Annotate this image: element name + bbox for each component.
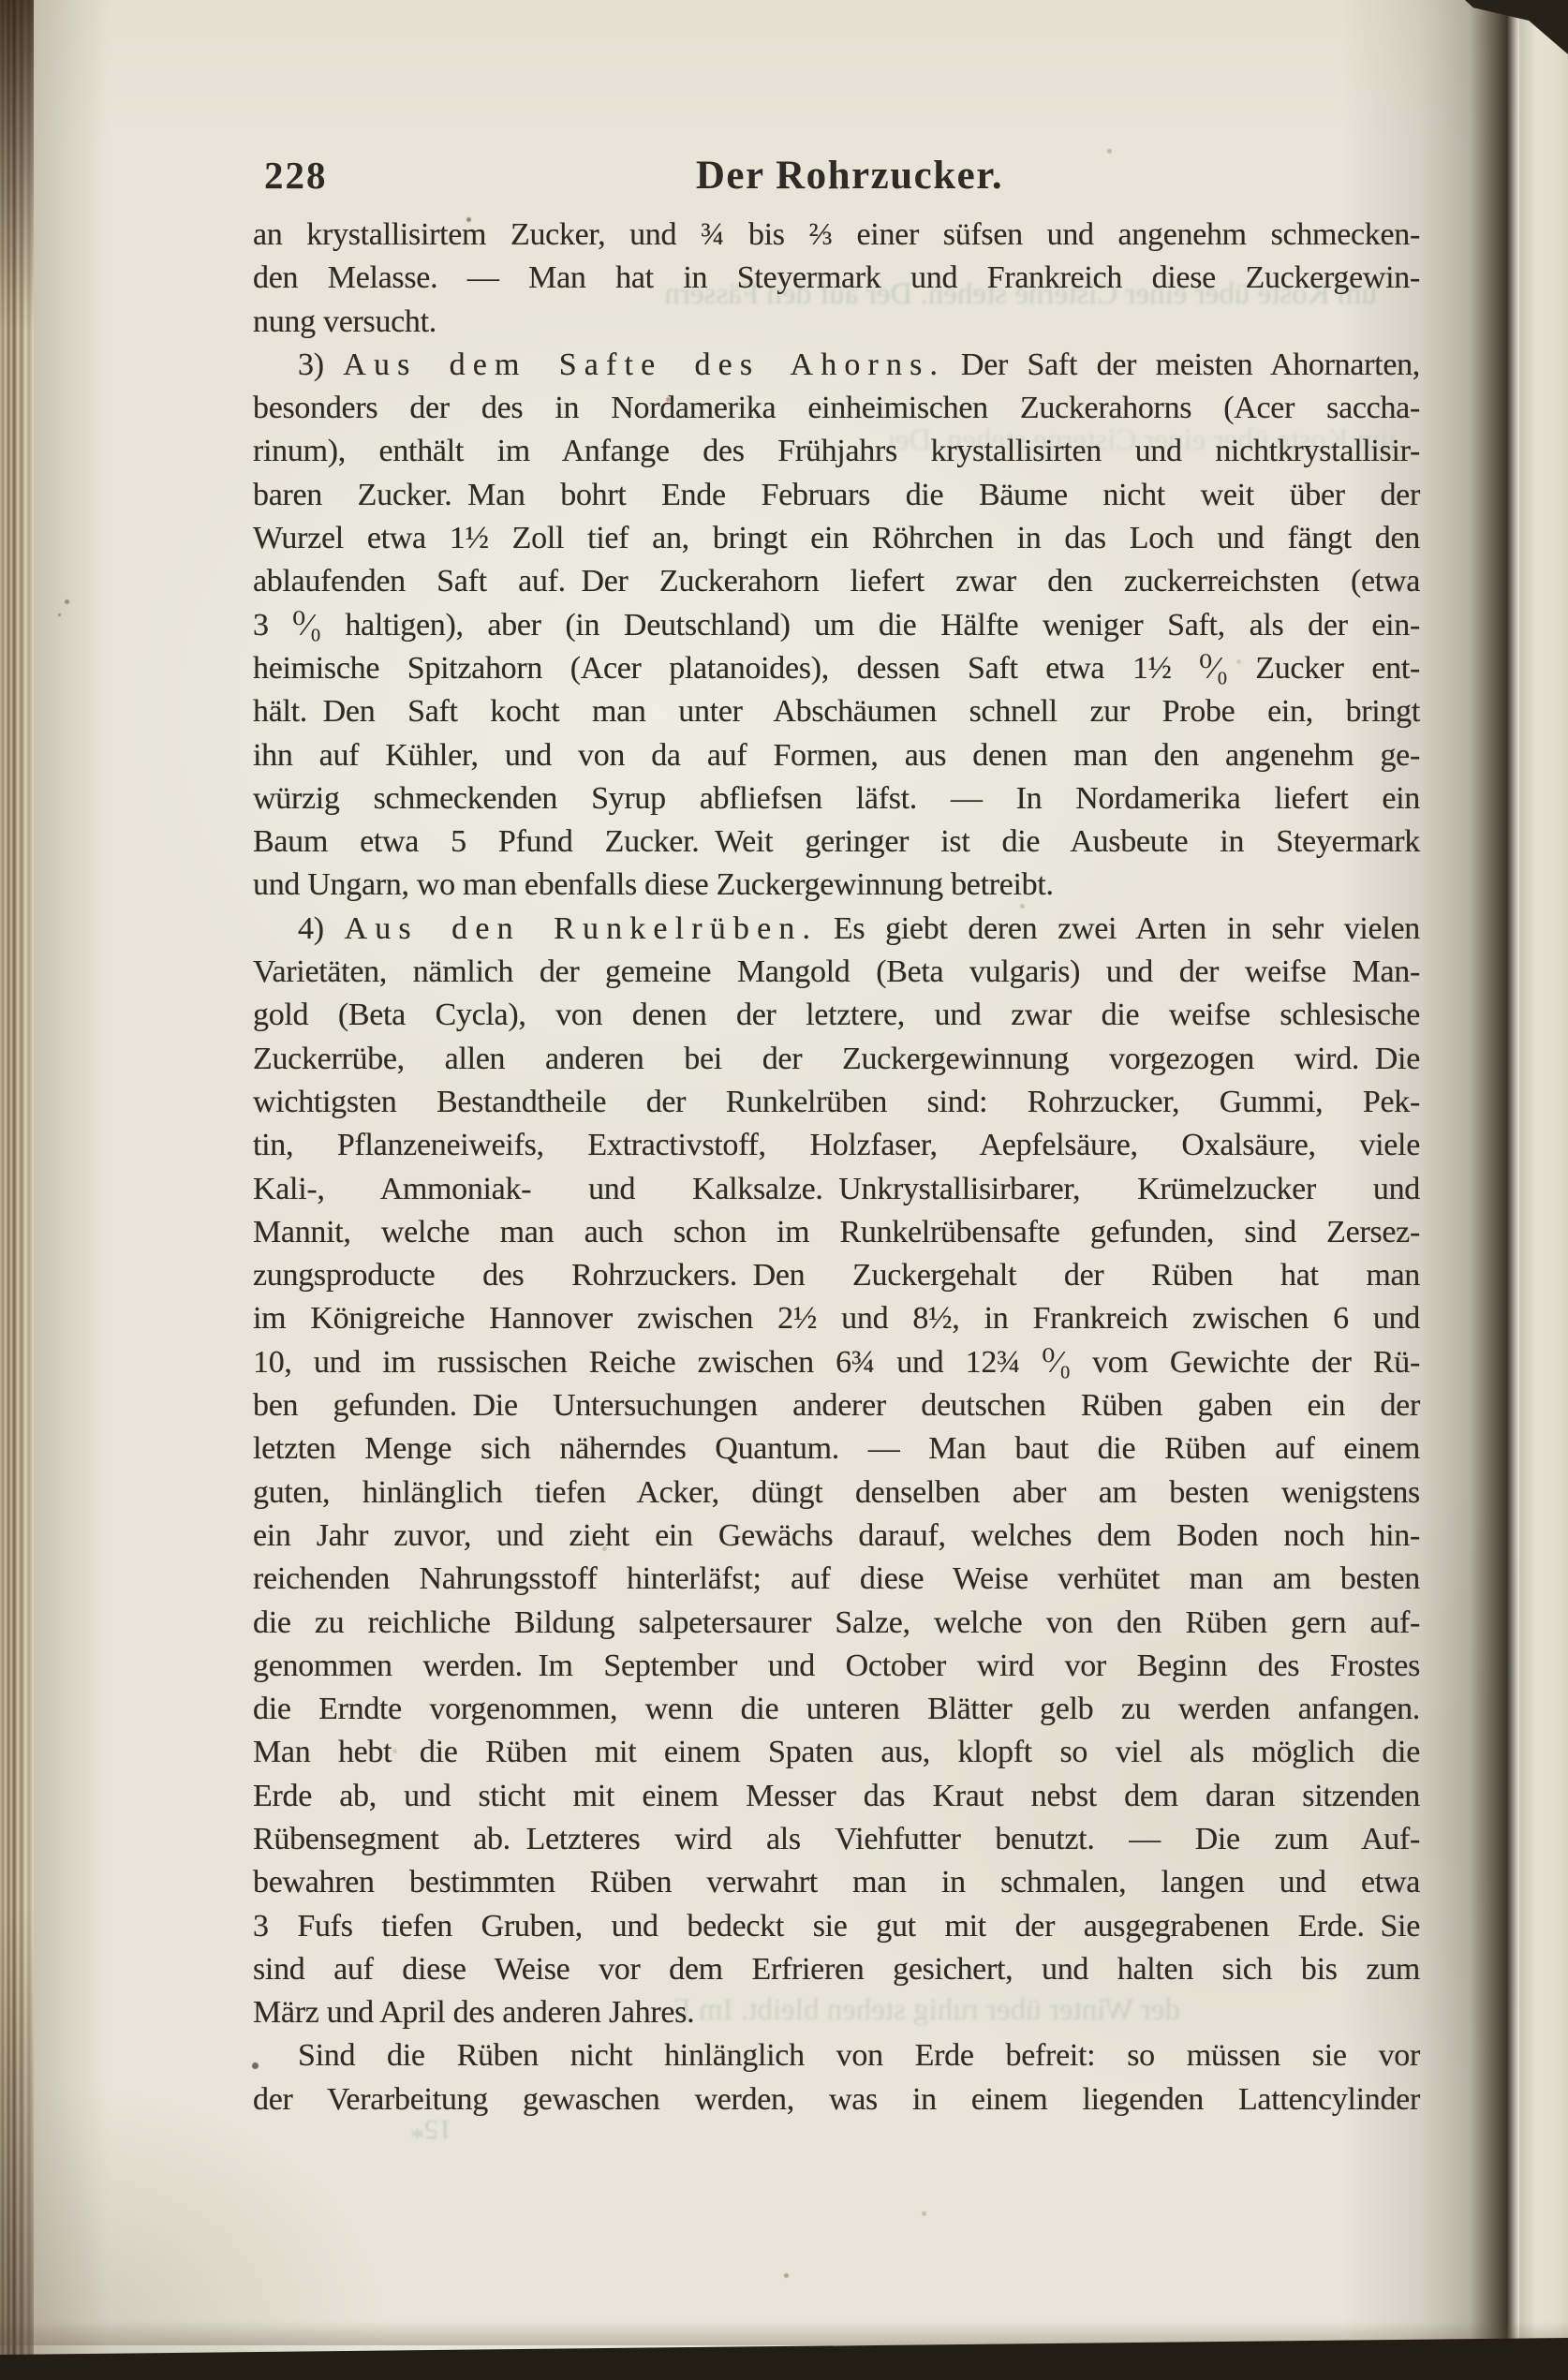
line-text: würzig schmeckenden Syrup abfliefsen läf… xyxy=(253,781,1420,816)
line-text: die Erndte vorgenommen, wenn die unteren… xyxy=(253,1692,1420,1726)
line-text: Sind die Rüben nicht hinlänglich von Erd… xyxy=(298,2038,1420,2073)
line-text: Mannit, welche man auch schon im Runkelr… xyxy=(253,1215,1420,1249)
line-text: hält. Den Saft kocht man unter Abschäume… xyxy=(253,694,1420,729)
running-title: Der Rohrzucker. xyxy=(266,153,1433,199)
text-line: an krystallisirtem Zucker, und ¾ bis ⅔ e… xyxy=(253,214,1420,257)
text-line: Sind die Rüben nicht hinlänglich von Erd… xyxy=(253,2034,1420,2077)
text-line: der Verarbeitung gewaschen werden, was i… xyxy=(253,2078,1420,2121)
text-line: Rübensegment ab. Letzteres wird als Vieh… xyxy=(253,1818,1420,1861)
line-text: den Melasse. — Man hat in Steyermark und… xyxy=(253,260,1420,295)
text-line: rinum), enthält im Anfange des Frühjahrs… xyxy=(253,430,1420,473)
text-line: 4) Aus den Runkelrüben. Es giebt deren z… xyxy=(253,908,1420,951)
line-text: März und April des anderen Jahres. xyxy=(253,1995,694,2030)
line-text: besonders der des in Nordamerika einheim… xyxy=(253,391,1420,425)
line-text: 3 ⁰⁄₀ haltigen), aber (in Deutschland) u… xyxy=(253,608,1420,643)
line-text: ein Jahr zuvor, und zieht ein Gewächs da… xyxy=(253,1518,1420,1553)
line-text: gold (Beta Cycla), von denen der letzter… xyxy=(253,998,1420,1032)
text-line: ben gefunden. Die Untersuchungen anderer… xyxy=(253,1384,1420,1427)
text-line: die Erndte vorgenommen, wenn die unteren… xyxy=(253,1688,1420,1731)
line-text: im Königreiche Hannover zwischen 2½ und … xyxy=(253,1301,1420,1336)
line-text: die zu reichliche Bildung salpetersaurer… xyxy=(253,1605,1420,1640)
line-text: und Ungarn, wo man ebenfalls diese Zucke… xyxy=(253,867,1054,902)
line-text: 3 Fufs tiefen Gruben, und bedeckt sie gu… xyxy=(253,1909,1420,1944)
text-line: den Melasse. — Man hat in Steyermark und… xyxy=(253,257,1420,300)
text-line: guten, hinlänglich tiefen Acker, düngt d… xyxy=(253,1471,1420,1515)
line-text: tin, Pflanzeneiweifs, Extractivstoff, Ho… xyxy=(253,1128,1420,1162)
adjacent-page-edge xyxy=(1519,0,1568,2341)
line-text: letzten Menge sich näherndes Quantum. — … xyxy=(253,1431,1420,1466)
line-text: ihn auf Kühler, und von da auf Formen, a… xyxy=(253,738,1420,773)
left-edge-shadow xyxy=(34,0,109,2380)
line-text: baren Zucker. Man bohrt Ende Februars di… xyxy=(253,478,1420,512)
line-text: reichenden Nahrungsstoff hinterläfst; au… xyxy=(253,1561,1420,1596)
text-line: hält. Den Saft kocht man unter Abschäume… xyxy=(253,690,1420,733)
text-line: März und April des anderen Jahres. xyxy=(253,1991,1420,2034)
book-left-page-edges xyxy=(0,0,34,2380)
line-text: Kali-, Ammoniak- und Kalksalze. Unkrysta… xyxy=(253,1172,1420,1206)
text-line: würzig schmeckenden Syrup abfliefsen läf… xyxy=(253,777,1420,820)
line-text: Es giebt deren zwei Arten in sehr vielen xyxy=(818,911,1420,946)
text-line: wichtigsten Bestandtheile der Runkelrübe… xyxy=(253,1081,1420,1124)
text-line: genommen werden. Im September und Octobe… xyxy=(253,1645,1420,1688)
text-line: baren Zucker. Man bohrt Ende Februars di… xyxy=(253,474,1420,517)
line-text: der Verarbeitung gewaschen werden, was i… xyxy=(253,2082,1420,2117)
text-line: besonders der des in Nordamerika einheim… xyxy=(253,387,1420,430)
line-text: Man hebt die Rüben mit einem Spaten aus,… xyxy=(253,1735,1420,1769)
text-line: bewahren bestimmten Rüben verwahrt man i… xyxy=(253,1861,1420,1904)
text-line: Mannit, welche man auch schon im Runkelr… xyxy=(253,1211,1420,1254)
line-text: 4) xyxy=(298,911,345,946)
line-text: Rübensegment ab. Letzteres wird als Vieh… xyxy=(253,1822,1420,1856)
body-text: an krystallisirtem Zucker, und ¾ bis ⅔ e… xyxy=(253,214,1420,2121)
text-line: gold (Beta Cycla), von denen der letzter… xyxy=(253,994,1420,1037)
line-text: Erde ab, und sticht mit einem Messer das… xyxy=(253,1779,1420,1813)
page-header: 228 Der Rohrzucker. xyxy=(253,153,1420,201)
text-line: ablaufenden Saft auf. Der Zuckerahorn li… xyxy=(253,560,1420,603)
text-line: Zuckerrübe, allen anderen bei der Zucker… xyxy=(253,1038,1420,1081)
line-text: ben gefunden. Die Untersuchungen anderer… xyxy=(253,1388,1420,1423)
line-text: an krystallisirtem Zucker, und ¾ bis ⅔ e… xyxy=(253,217,1420,252)
line-text: genommen werden. Im September und Octobe… xyxy=(253,1648,1420,1683)
line-text: Zuckerrübe, allen anderen bei der Zucker… xyxy=(253,1042,1420,1076)
text-line: letzten Menge sich näherndes Quantum. — … xyxy=(253,1427,1420,1471)
text-line: Kali-, Ammoniak- und Kalksalze. Unkrysta… xyxy=(253,1168,1420,1211)
text-line: tin, Pflanzeneiweifs, Extractivstoff, Ho… xyxy=(253,1124,1420,1167)
spaced-heading-text: Aus dem Safte des Ahorns. xyxy=(343,347,945,382)
line-text: ablaufenden Saft auf. Der Zuckerahorn li… xyxy=(253,564,1420,599)
text-line: die zu reichliche Bildung salpetersaurer… xyxy=(253,1602,1420,1645)
line-text: zungsproducte des Rohrzuckers. Den Zucke… xyxy=(253,1258,1420,1293)
line-text: guten, hinlänglich tiefen Acker, düngt d… xyxy=(253,1475,1420,1510)
text-line: ihn auf Kühler, und von da auf Formen, a… xyxy=(253,734,1420,777)
line-text: sind auf diese Weise vor dem Erfrieren g… xyxy=(253,1952,1420,1987)
text-line: sind auf diese Weise vor dem Erfrieren g… xyxy=(253,1948,1420,1991)
line-text: Wurzel etwa 1½ Zoll tief an, bringt ein … xyxy=(253,521,1420,555)
text-line: und Ungarn, wo man ebenfalls diese Zucke… xyxy=(253,864,1420,907)
line-text: bewahren bestimmten Rüben verwahrt man i… xyxy=(253,1865,1420,1900)
line-text: Baum etwa 5 Pfund Zucker. Weit geringer … xyxy=(253,824,1420,859)
line-text: Varietäten, nämlich der gemeine Mangold … xyxy=(253,954,1420,989)
text-line: reichenden Nahrungsstoff hinterläfst; au… xyxy=(253,1558,1420,1601)
line-text: 10, und im russischen Reiche zwischen 6¾… xyxy=(253,1345,1420,1380)
text-line: Erde ab, und sticht mit einem Messer das… xyxy=(253,1775,1420,1818)
text-line: 3 ⁰⁄₀ haltigen), aber (in Deutschland) u… xyxy=(253,604,1420,647)
text-line: Wurzel etwa 1½ Zoll tief an, bringt ein … xyxy=(253,517,1420,560)
text-line: 3 Fufs tiefen Gruben, und bedeckt sie gu… xyxy=(253,1905,1420,1948)
text-line: heimische Spitzahorn (Acer platanoides),… xyxy=(253,647,1420,690)
line-text: rinum), enthält im Anfange des Frühjahrs… xyxy=(253,434,1420,468)
line-text: heimische Spitzahorn (Acer platanoides),… xyxy=(253,651,1420,686)
line-text: 3) xyxy=(298,347,343,382)
text-line: zungsproducte des Rohrzuckers. Den Zucke… xyxy=(253,1254,1420,1297)
text-line: nung versucht. xyxy=(253,301,1420,344)
text-line: Man hebt die Rüben mit einem Spaten aus,… xyxy=(253,1731,1420,1774)
line-text: nung versucht. xyxy=(253,304,436,339)
line-text: wichtigsten Bestandtheile der Runkelrübe… xyxy=(253,1085,1420,1119)
text-line: 3) Aus dem Safte des Ahorns. Der Saft de… xyxy=(253,344,1420,387)
scanned-book-page: um Koste über einer Cisterne stehen. Der… xyxy=(0,0,1568,2380)
spaced-heading-text: Aus den Runkelrüben. xyxy=(345,911,819,946)
text-line: ein Jahr zuvor, und zieht ein Gewächs da… xyxy=(253,1515,1420,1558)
text-line: Baum etwa 5 Pfund Zucker. Weit geringer … xyxy=(253,820,1420,864)
line-text: Der Saft der meisten Ahornarten, xyxy=(945,347,1420,382)
text-line: Varietäten, nämlich der gemeine Mangold … xyxy=(253,951,1420,994)
text-line: 10, und im russischen Reiche zwischen 6¾… xyxy=(253,1341,1420,1384)
text-line: im Königreiche Hannover zwischen 2½ und … xyxy=(253,1297,1420,1340)
